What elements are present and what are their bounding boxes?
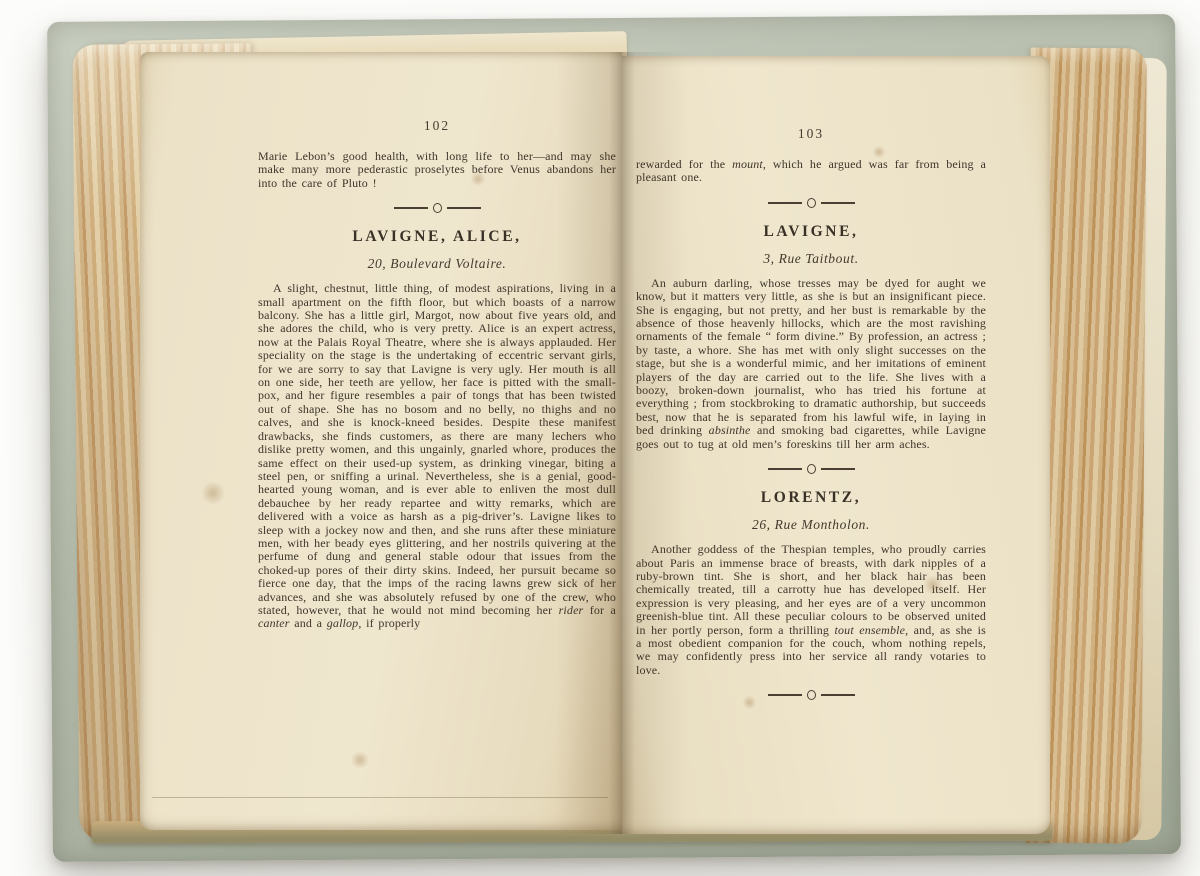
ornament-rule-left: [768, 468, 802, 470]
ornament-rule-right: [821, 694, 855, 696]
ornament-rule-right: [821, 468, 855, 470]
entry-address-lavigne-alice: 20, Boulevard Voltaire.: [258, 256, 616, 272]
ornament-ring: [433, 203, 442, 213]
ornament-rule-right: [447, 207, 481, 209]
entry-body-lorentz: Another goddess of the Thespian temples,…: [636, 543, 986, 677]
ornament-rule-right: [821, 202, 855, 204]
left-page-number: 102: [258, 118, 616, 134]
right-continuation-paragraph: rewarded for the mount, which he argued …: [636, 158, 986, 185]
right-page-number: 103: [636, 126, 986, 142]
section-divider-ornament: [636, 690, 986, 700]
section-divider-ornament: [636, 464, 986, 474]
ornament-ring: [807, 690, 816, 700]
ornament-ring: [807, 464, 816, 474]
left-page: 102 Marie Lebon’s good health, with long…: [140, 52, 622, 830]
entry-address-lavigne: 3, Rue Taitbout.: [636, 251, 986, 267]
left-continuation-paragraph: Marie Lebon’s good health, with long lif…: [258, 150, 616, 190]
ornament-rule-left: [394, 207, 428, 209]
entry-body-lavigne: An auburn darling, whose tresses may be …: [636, 277, 986, 451]
book-photo: 102 Marie Lebon’s good health, with long…: [0, 0, 1200, 876]
section-divider-ornament: [258, 203, 616, 213]
entry-body-lavigne-alice: A slight, chestnut, little thing, of mod…: [258, 282, 616, 631]
foxing-spot: [350, 752, 370, 768]
ornament-rule-left: [768, 694, 802, 696]
ornament-rule-left: [768, 202, 802, 204]
entry-heading-lorentz: LORENTZ,: [636, 489, 986, 507]
section-divider-ornament: [636, 198, 986, 208]
entry-heading-lavigne: LAVIGNE,: [636, 223, 986, 241]
entry-address-lorentz: 26, Rue Montholon.: [636, 517, 986, 533]
page-crease: [152, 797, 608, 798]
ornament-ring: [807, 198, 816, 208]
entry-heading-lavigne-alice: LAVIGNE, ALICE,: [258, 228, 616, 246]
foxing-spot: [200, 482, 226, 504]
right-page: 103 rewarded for the mount, which he arg…: [622, 56, 1050, 834]
